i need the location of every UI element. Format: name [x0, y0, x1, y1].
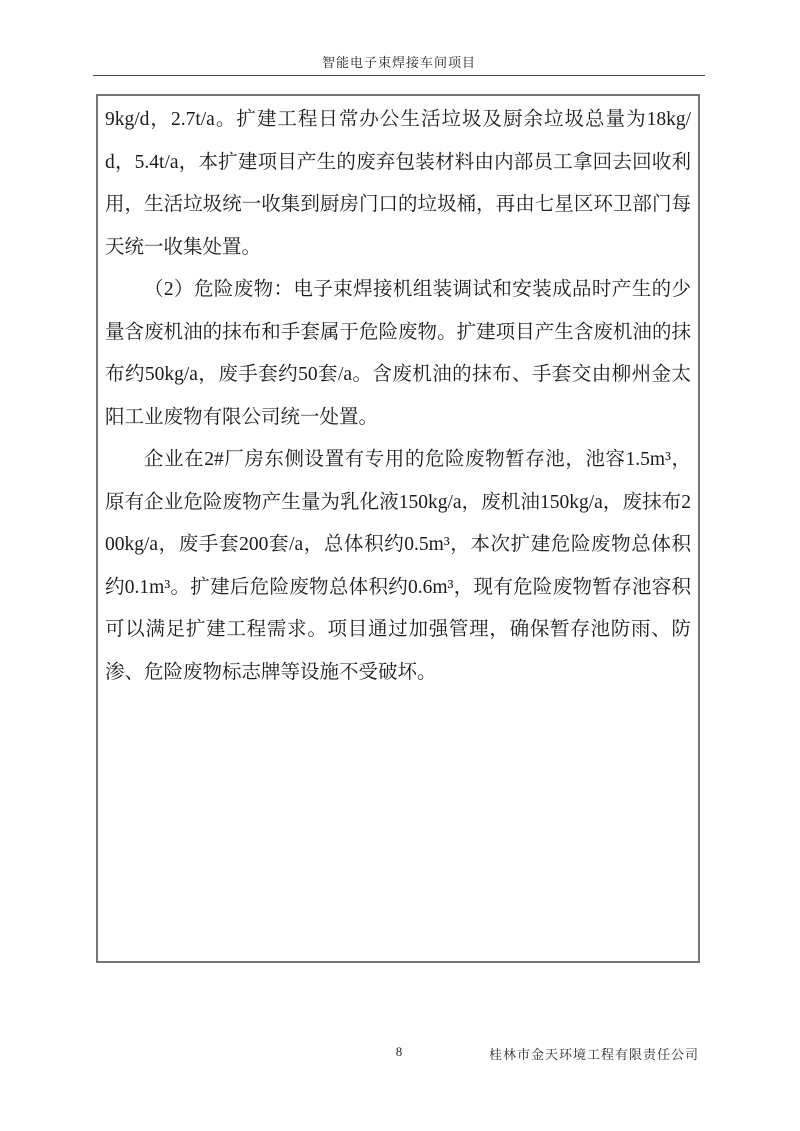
content-cell: 9kg/d，2.7t/a。扩建工程日常办公生活垃圾及厨余垃圾总量为18kg/d，…: [96, 94, 700, 963]
body-paragraph-solid-waste: 9kg/d，2.7t/a。扩建工程日常办公生活垃圾及厨余垃圾总量为18kg/d，…: [105, 99, 691, 269]
footer-company-name: 桂林市金天环境工程有限责任公司: [489, 1044, 699, 1063]
page-footer: 8 桂林市金天环境工程有限责任公司: [93, 1044, 705, 1064]
body-paragraph-storage-pool: 企业在2#厂房东侧设置有专用的危险废物暂存池，池容1.5m³，原有企业危险废物产…: [105, 439, 691, 694]
header-rule: [93, 75, 705, 76]
page-header-title: 智能电子束焊接车间项目: [93, 52, 705, 71]
body-paragraph-hazardous-waste: （2）危险废物：电子束焊接机组装调试和安装成品时产生的少量含废机油的抹布和手套属…: [105, 269, 691, 439]
